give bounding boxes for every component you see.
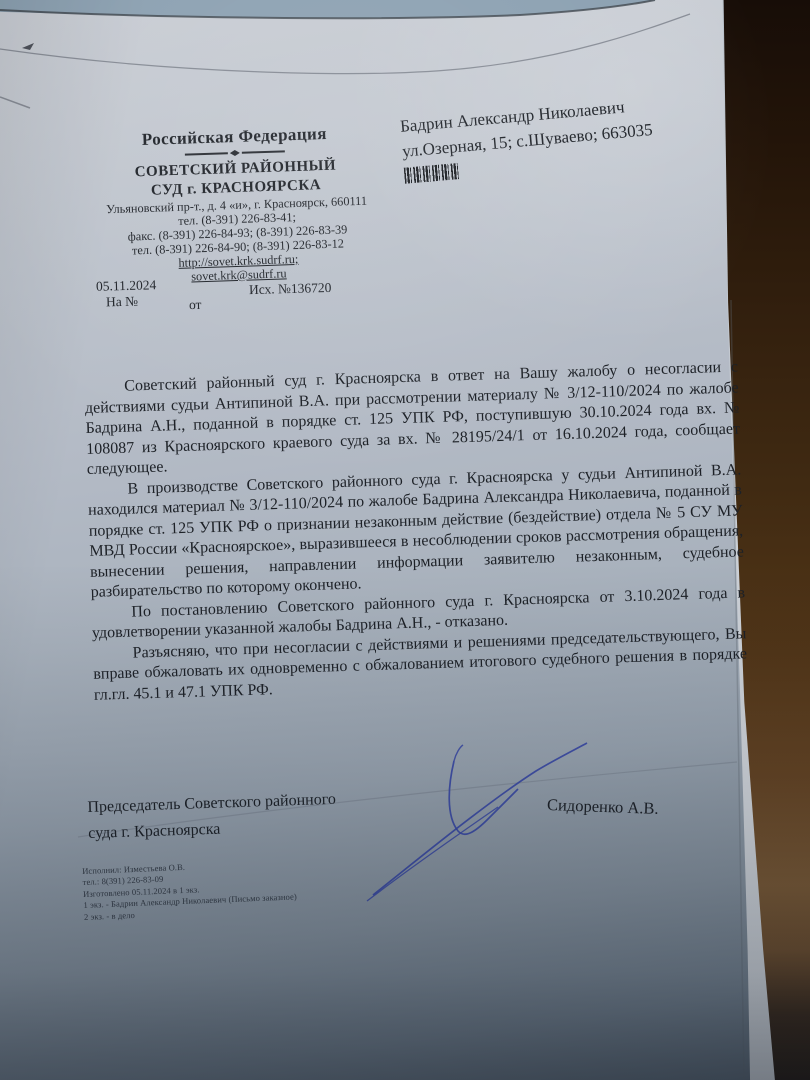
letter-date: 05.11.2024	[96, 277, 157, 295]
photo-of-court-letter: Российская Федерация СОВЕТСКИЙ РАЙОННЫЙ …	[0, 0, 810, 1080]
executor-block: Исполнил: Изместьева О.В. тел.: 8(391) 2…	[82, 857, 298, 923]
recipient-block: Бадрин Александр Николаевич ул.Озерная, …	[399, 88, 704, 184]
signer-name: Сидоренко А.В.	[547, 795, 659, 819]
handwritten-signature	[366, 731, 606, 909]
letterhead-divider	[185, 148, 285, 157]
postal-barcode	[404, 163, 460, 184]
paragraph-2: В производстве Советского районного суда…	[87, 460, 745, 603]
letter-body: Советский районный суд г. Красноярска в …	[84, 357, 748, 705]
letterhead-country: Российская Федерация	[85, 122, 383, 152]
outgoing-number: Исх. №136720	[249, 280, 332, 298]
divider-line-left	[185, 152, 228, 155]
in-reply-no-label: На №	[106, 294, 138, 311]
divider-line-right	[242, 151, 285, 154]
court-letterhead: Российская Федерация СОВЕТСКИЙ РАЙОННЫЙ …	[85, 122, 388, 287]
in-reply-from-label: от	[189, 297, 202, 313]
diamond-icon	[230, 150, 240, 156]
letter-content: Российская Федерация СОВЕТСКИЙ РАЙОННЫЙ …	[0, 0, 810, 1080]
signer-title: Председатель Советского районного суда г…	[87, 787, 337, 847]
